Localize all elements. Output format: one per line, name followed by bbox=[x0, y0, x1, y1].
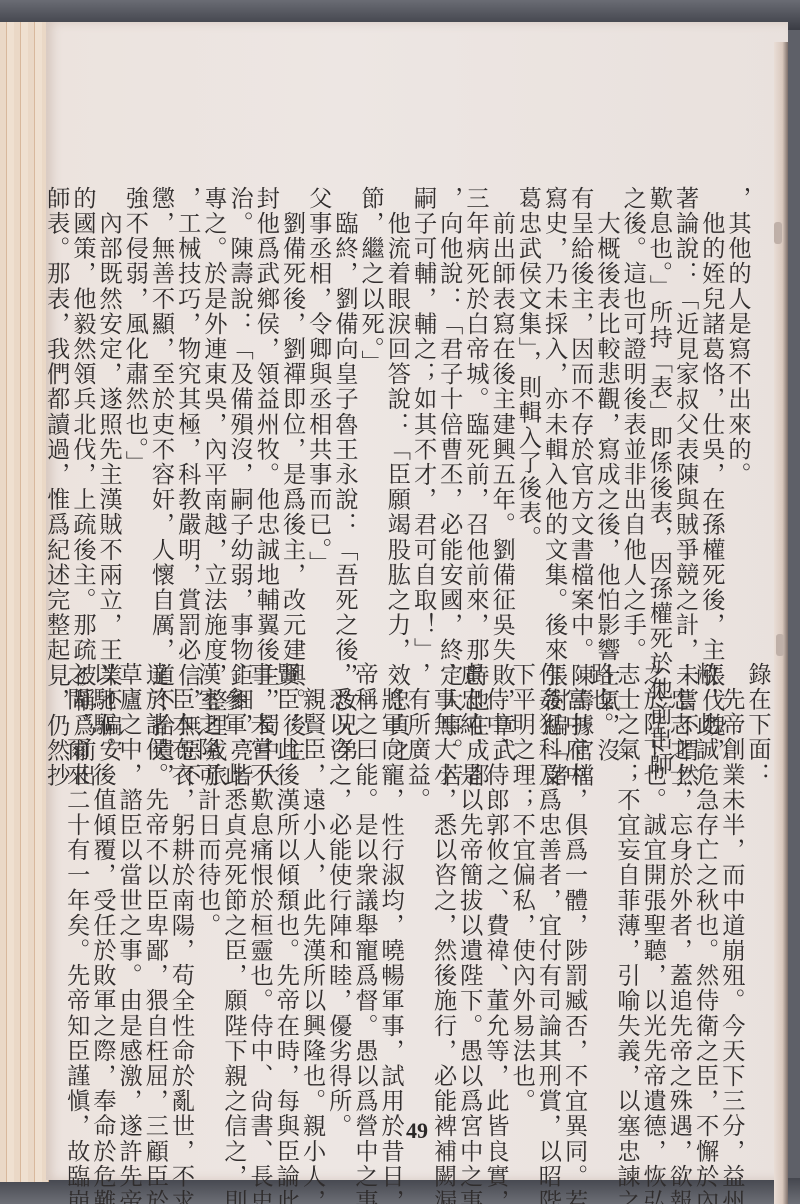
text-column: ，向他說：「君子十倍曹丕，必能安國，終定大事。若 bbox=[436, 186, 462, 626]
text-column: 敝，此誠危急存亡之秋也。然侍衛之臣，不懈於內 bbox=[691, 662, 717, 1122]
text-column: 的國策，他毅然領兵北伐，上疏後主。那疏被稱爲前出 bbox=[69, 186, 95, 626]
text-column: 路也。 bbox=[587, 662, 613, 1122]
text-column: ，其他的人是寫不出來的。 bbox=[724, 186, 750, 626]
text-column: 錄在下面： bbox=[744, 662, 770, 1122]
text-column: 志士之氣；不宜妄自菲薄，引喻失義，以塞忠諫之 bbox=[613, 662, 639, 1122]
text-column: 師表。那表，我們都讀過，惟爲紀述完整起見，仍然抄 bbox=[43, 186, 69, 626]
text-column: 專之。於是外連東吳，內平南越，立法施度，整理戎旅 bbox=[200, 186, 226, 626]
text-column: 歎息也。」所持「表」即係後表，因孫權死於他前出師 bbox=[645, 186, 671, 626]
text-column: 寫史，乃未採入，亦未輯入他的文集。後來張澍編「諸 bbox=[540, 186, 566, 626]
text-column: 下平明之理；不宜偏私，使內外易法也。 bbox=[508, 662, 534, 1122]
text-column: 達於諸侯。先帝不以臣卑鄙，猥自枉屈，三顧臣於 bbox=[141, 662, 167, 1122]
text-column: 治。陳壽說：「及備殞沒，嗣子幼弱，事物鉅細，亮皆 bbox=[226, 186, 252, 626]
text-column: 宮中府中，俱爲一體，陟罰臧否，不宜異同。若有 bbox=[560, 662, 586, 1122]
text-column: 臣本布衣，躬耕於南陽，苟全性命於亂世，不求聞 bbox=[167, 662, 193, 1122]
text-column: 親賢臣，遠小人，此先漢所以興隆也。親小人，遠 bbox=[298, 662, 324, 1122]
page-edge-mark bbox=[774, 222, 782, 244]
text-column: 之後。這也可證明後表並非出自他人之手。 bbox=[619, 186, 645, 626]
text-column: 賢臣，此後漢所以傾頹也。先帝在時，每與臣論此 bbox=[272, 662, 298, 1122]
text-column: 之間，爾來二十有一年矣。先帝知臣謹愼，故臨崩 bbox=[63, 662, 89, 1122]
text-column: 之於陛下也。誠宜開張聖聽，以光先帝遺德，恢弘 bbox=[639, 662, 665, 1122]
text-column: 強不侵弱，風化肅然也。」 bbox=[121, 186, 147, 626]
text-column: 著論說：「近見家叔父表陳與賊爭競之計，未嘗不喟然 bbox=[671, 186, 697, 626]
text-column: 帝稱之曰能。是以衆議舉寵爲督。愚以爲營中之事 bbox=[351, 662, 377, 1122]
text-block-upper: ，其他的人是寫不出來的。 他的姪兒諸葛恪，仕吳，在孫權死後，主張伐魏， 著論說：… bbox=[43, 186, 750, 626]
text-column: ，工械技巧，物究其極，科教嚴明，賞罰必信，無惡不 bbox=[174, 186, 200, 626]
text-column: 、參軍，此悉貞亮死節之臣，願陛下親之信之，則 bbox=[220, 662, 246, 1122]
text-column: ，有所廣益。 bbox=[403, 662, 429, 1122]
text-column: 侍中、侍郎郭攸之、費禕、董允等，此皆良實，志 bbox=[482, 662, 508, 1122]
text-column: 有呈給後主，因而不存於官方文書檔案中。陳壽據官檔 bbox=[567, 186, 593, 626]
text-column: ，悉以咨之，必能使行陣和睦，優劣得所。 bbox=[325, 662, 351, 1122]
text-column: 嗣子可輔，輔之；如其不才，君可自取！」 bbox=[409, 186, 435, 626]
text-column: 葛忠武侯文集」，則輯入了後表。 bbox=[514, 186, 540, 626]
text-block-lower: 錄在下面： 先帝創業未半，而中道崩殂。今天下三分，益州疲 敝，此誠危急存亡之秋也… bbox=[63, 662, 770, 1122]
text-column: 作姦犯科及爲忠善者，宜付有司論其刑賞，以昭陛 bbox=[534, 662, 560, 1122]
text-column: 漢室之隆可計日而待也。 bbox=[194, 662, 220, 1122]
text-column: 事，未嘗不歎息痛恨於桓靈也。侍中、尙書、長史 bbox=[246, 662, 272, 1122]
text-column: 先帝創業未半，而中道崩殂。今天下三分，益州疲 bbox=[718, 662, 744, 1122]
text-column: 將軍向寵，性行淑均，曉暢軍事，試用於昔日，先 bbox=[377, 662, 403, 1122]
text-column: 三年病死於白帝城。臨死前，召他前來，那時他在成都 bbox=[462, 186, 488, 626]
text-column: 封他爲武鄉侯，領益州牧。他忠誠地輔翼後主，蜀中大 bbox=[252, 186, 278, 626]
text-column: ，事無大小，悉以咨之，然後施行，必能裨補闕漏 bbox=[429, 662, 455, 1122]
text-column: ；忠志之士，忘身於外者，蓋追先帝之殊遇，欲報 bbox=[665, 662, 691, 1122]
text-column: 草廬之中，諮臣以當世之事。由是感激，遂許先帝 bbox=[115, 662, 141, 1122]
page-number: 49 bbox=[46, 1118, 788, 1144]
text-column: 劉備死後，劉禪即位，是爲後主，改元建興。後主 bbox=[278, 186, 304, 626]
text-column: 大概後表比較悲觀，寫成之後，他怕影響士氣，沒 bbox=[593, 186, 619, 626]
text-column: 以馳驅。後值傾覆，受任於敗軍之際，奉命於危難 bbox=[89, 662, 115, 1122]
text-column: 懲，無善不顯，至於吏不容奸，人懷自厲，道不拾遺， bbox=[147, 186, 173, 626]
text-column: 前出師表寫在後主建興五年。劉備征吳失敗，章武 bbox=[488, 186, 514, 626]
text-column: 慮忠純，是以先帝簡拔以遺陛下。愚以爲宮中之事 bbox=[456, 662, 482, 1122]
page-right-edge bbox=[774, 42, 788, 1204]
text-column: 節，繼之以死。」 bbox=[357, 186, 383, 626]
book-page: ，其他的人是寫不出來的。 他的姪兒諸葛恪，仕吳，在孫權死後，主張伐魏， 著論說：… bbox=[46, 22, 788, 1180]
text-column: 臨終，劉備向皇子魯王永說：「吾死之後，汝兄弟 bbox=[331, 186, 357, 626]
text-column: 內部既然安定，遂照先主漢賊不兩立，王業不偏安 bbox=[95, 186, 121, 626]
text-column: 他流着眼淚回答說：「臣願竭股肱之力，效忠貞之 bbox=[383, 186, 409, 626]
text-column: 父事丞相，令卿與丞相共事而已。」 bbox=[305, 186, 331, 626]
page-edge-mark bbox=[776, 634, 784, 656]
text-column: 他的姪兒諸葛恪，仕吳，在孫權死後，主張伐魏， bbox=[698, 186, 724, 626]
